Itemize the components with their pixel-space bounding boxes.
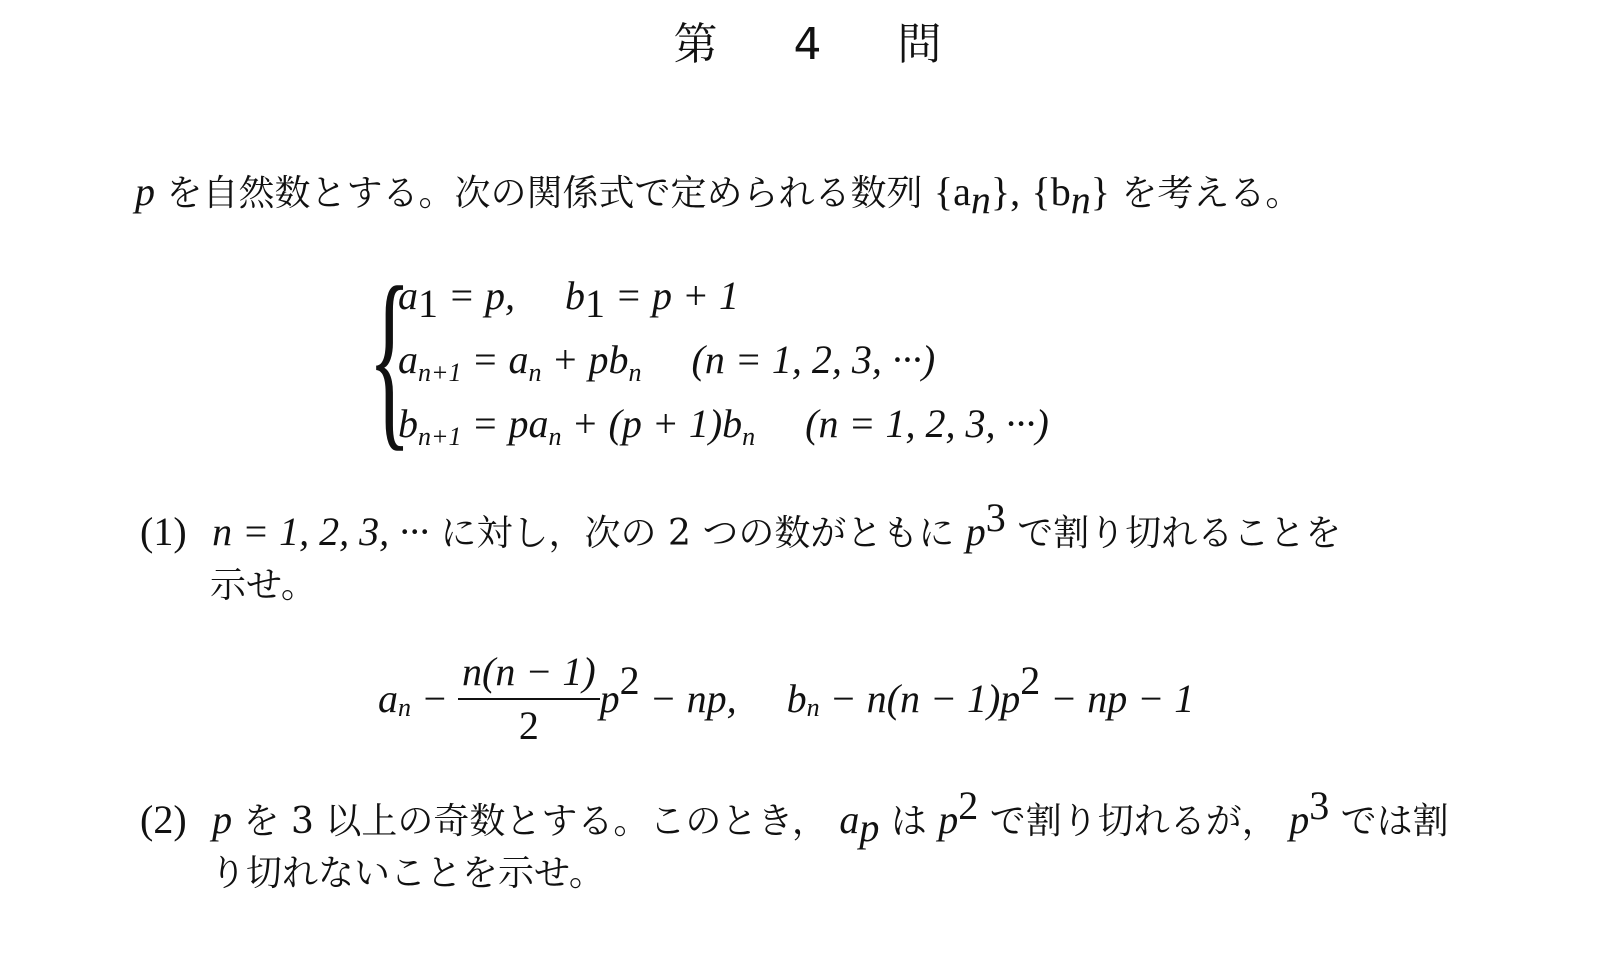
title-char: 問 xyxy=(898,8,942,72)
var: b xyxy=(398,401,418,446)
var: a xyxy=(839,797,859,842)
title-number: 4 xyxy=(794,19,822,70)
seq-a-close: }, xyxy=(991,169,1020,214)
var: a xyxy=(378,676,398,721)
var-p: p xyxy=(1289,797,1309,842)
subscript: n xyxy=(629,358,642,387)
question-2-line-1: (2) p を 3 以上の奇数とする。このとき， ap は p2 で割り切れるが… xyxy=(140,786,1449,848)
question-label: (1) xyxy=(140,509,187,554)
subscript: n xyxy=(549,422,562,451)
seq-b: {b xyxy=(1032,169,1071,214)
operator: − xyxy=(411,676,458,721)
expr: + (p + 1)b xyxy=(562,401,743,446)
subscript: n xyxy=(398,693,411,722)
subscript: n xyxy=(529,358,542,387)
superscript: 2 xyxy=(1020,658,1040,703)
var-p: p xyxy=(938,797,958,842)
subscript: p xyxy=(859,805,879,850)
expr: − n(n − 1)p xyxy=(820,676,1021,721)
question-text: り切れないことを示せ。 xyxy=(210,853,605,894)
subscript: n+1 xyxy=(418,422,462,451)
condition: (n = 1, 2, 3, ···) xyxy=(692,337,936,382)
subscript: n xyxy=(1071,177,1091,222)
fraction-denominator: 2 xyxy=(458,700,600,746)
question-text: で割り切れるが， xyxy=(990,801,1278,842)
expr: = p, xyxy=(438,273,515,318)
superscript: 2 xyxy=(620,658,640,703)
superscript: 3 xyxy=(1309,783,1329,828)
question-label: (2) xyxy=(140,797,187,842)
subscript: n xyxy=(971,177,991,222)
intro-text: を自然数とする。次の関係式で定められる数列 xyxy=(166,173,922,214)
var: p xyxy=(600,676,620,721)
subscript: 1 xyxy=(585,281,605,326)
condition: (n = 1, 2, 3, ···) xyxy=(805,401,1049,446)
fraction-numerator: n(n − 1) xyxy=(458,652,600,700)
system-row-2: an+1 = an + pbn (n = 1, 2, 3, ···) xyxy=(398,340,935,386)
intro-text-end: を考える。 xyxy=(1121,173,1301,214)
var-p: p xyxy=(212,797,232,842)
expr: − np − 1 xyxy=(1040,676,1194,721)
var-p: p xyxy=(135,169,155,214)
problem-title: 第4問 xyxy=(0,8,1615,72)
expr: − np, xyxy=(640,676,737,721)
question-text: に対し，次の 2 つの数がともに xyxy=(441,513,955,554)
subscript: n xyxy=(742,422,755,451)
question-text: では割 xyxy=(1341,801,1449,842)
question-text: を 3 以上の奇数とする。このとき， xyxy=(244,801,828,842)
subscript: n+1 xyxy=(418,358,462,387)
title-char: 第 xyxy=(674,8,718,72)
question-text: で割り切れることを xyxy=(1017,513,1341,554)
superscript: 3 xyxy=(986,495,1006,540)
var: a xyxy=(398,273,418,318)
math-range: n = 1, 2, 3, ··· xyxy=(212,509,429,554)
var: a xyxy=(398,337,418,382)
subscript: n xyxy=(807,693,820,722)
system-row-3: bn+1 = pan + (p + 1)bn (n = 1, 2, 3, ···… xyxy=(398,404,1049,450)
expr: = a xyxy=(462,337,529,382)
question-text: は xyxy=(891,801,927,842)
var-p: p xyxy=(966,509,986,554)
question-1-line-1: (1) n = 1, 2, 3, ··· に対し，次の 2 つの数がともに p3… xyxy=(140,498,1341,552)
question-2-line-2: り切れないことを示せ。 xyxy=(210,856,605,892)
expr: + pb xyxy=(542,337,629,382)
var: b xyxy=(565,273,585,318)
question-text: 示せ。 xyxy=(210,565,317,606)
var: b xyxy=(787,676,807,721)
superscript: 2 xyxy=(958,783,978,828)
question-1-line-2: 示せ。 xyxy=(210,568,317,604)
fraction: n(n − 1) 2 xyxy=(458,652,600,746)
expr: = pa xyxy=(462,401,549,446)
seq-a: {a xyxy=(934,169,971,214)
question-1-expression: an − n(n − 1) 2 p2 − np, bn − n(n − 1)p2… xyxy=(378,652,1194,746)
subscript: 1 xyxy=(418,281,438,326)
intro-paragraph: p を自然数とする。次の関係式で定められる数列 {an}, {bn} を考える。 xyxy=(135,172,1301,220)
system-row-1: a1 = p, b1 = p + 1 xyxy=(398,276,739,324)
seq-b-close: } xyxy=(1091,169,1110,214)
expr: = p + 1 xyxy=(605,273,739,318)
